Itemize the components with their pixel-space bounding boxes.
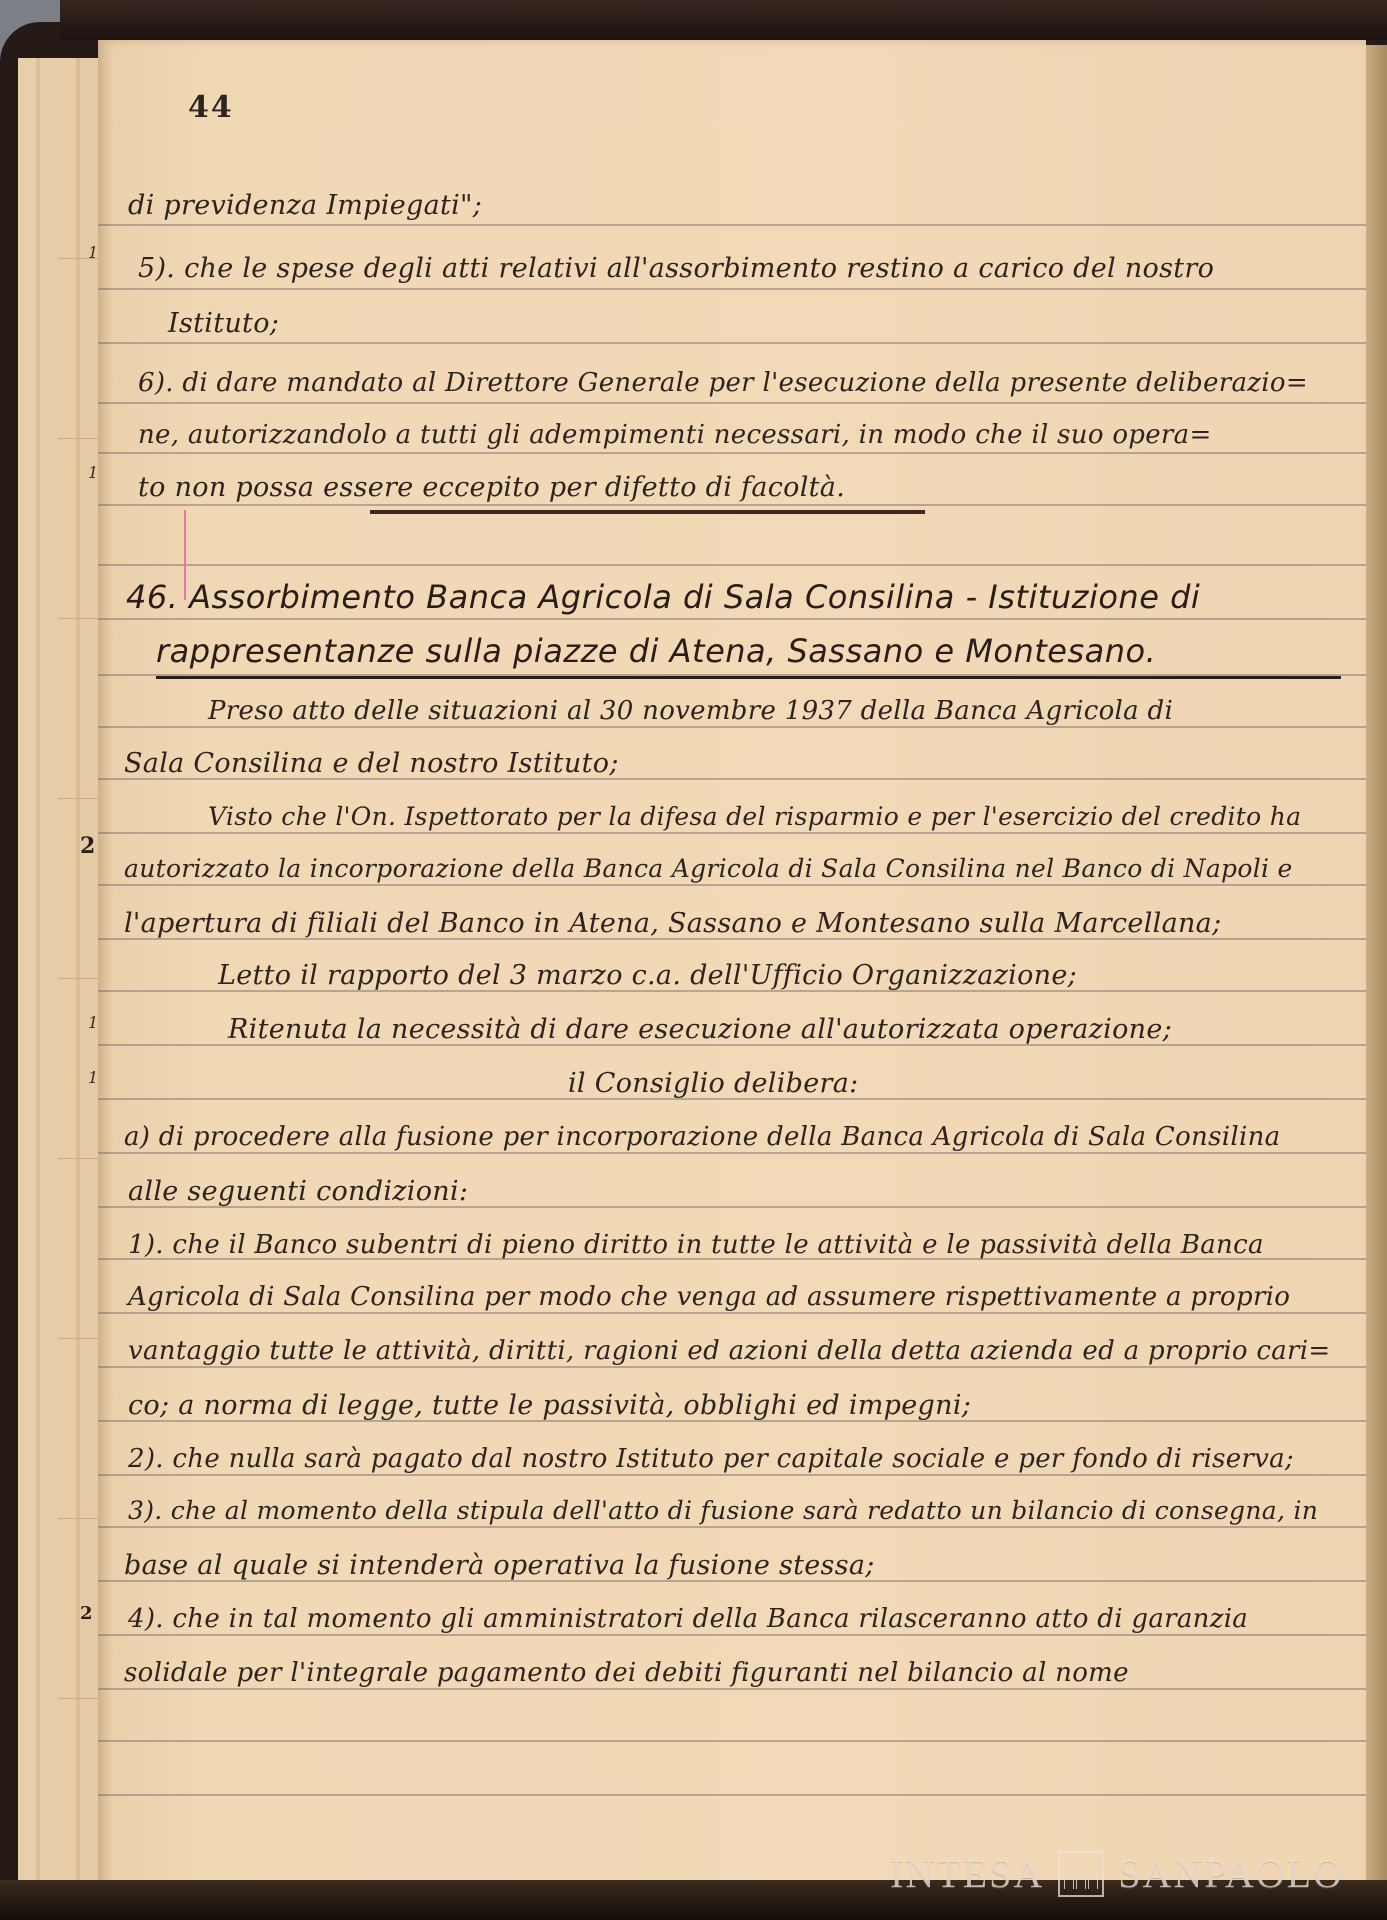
- text-line: Istituto;: [168, 308, 279, 339]
- text-line: il Consiglio delibera:: [568, 1068, 859, 1099]
- watermark: INTESA SANPAOLO: [890, 1850, 1344, 1897]
- ruled-line: [98, 1366, 1366, 1368]
- ruled-line: [98, 288, 1366, 290]
- ledger-cover-top: [60, 0, 1387, 40]
- stack-rule: [58, 1518, 98, 1519]
- ruled-line: [98, 452, 1366, 454]
- separator-rule: [370, 510, 925, 514]
- ruled-line: [98, 1312, 1366, 1314]
- ledger-page: 44 di previdenza Impiegati"; 5). che le …: [98, 40, 1366, 1900]
- section-heading: 46. Assorbimento Banca Agricola di Sala …: [126, 578, 1200, 616]
- ruled-line: [98, 224, 1366, 226]
- margin-mark: 1: [88, 243, 98, 262]
- ruled-line: [98, 564, 1366, 566]
- margin-mark: 1: [88, 1013, 98, 1032]
- ruled-line: [98, 342, 1366, 344]
- ruled-line: [98, 884, 1366, 886]
- text-line: Ritenuta la necessità di dare esecuzione…: [228, 1014, 1172, 1045]
- stack-rule: [58, 1338, 98, 1339]
- text-line: solidale per l'integrale pagamento dei d…: [124, 1658, 1129, 1688]
- margin-mark: 2: [80, 833, 95, 859]
- watermark-left: INTESA: [890, 1850, 1044, 1897]
- ruled-line: [98, 726, 1366, 728]
- text-line: vantaggio tutte le attività, diritti, ra…: [128, 1336, 1330, 1366]
- section-title-line2: rappresentanze sulla piazze di Atena, Sa…: [156, 632, 1156, 670]
- page-stack-left: 1 1 2 1 1 2: [18, 58, 98, 1900]
- ruled-line: [98, 1152, 1366, 1154]
- margin-mark: 1: [88, 463, 98, 482]
- text-line: Sala Consilina e del nostro Istituto;: [124, 748, 619, 779]
- text-line: co; a norma di legge, tutte le passività…: [128, 1390, 971, 1421]
- text-line: 5). che le spese degli atti relativi all…: [138, 253, 1214, 284]
- ruled-line: [98, 1794, 1366, 1796]
- text-line: 3). che al momento della stipula dell'at…: [128, 1496, 1318, 1525]
- page-number: 44: [188, 90, 234, 125]
- ruled-line: [98, 1688, 1366, 1690]
- text-line: 4). che in tal momento gli amministrator…: [128, 1604, 1248, 1634]
- ruled-line: [98, 1526, 1366, 1528]
- margin-mark: 2: [80, 1603, 93, 1624]
- bank-logo-icon: [1058, 1851, 1104, 1897]
- stack-rule: [58, 978, 98, 979]
- text-line: a) di procedere alla fusione per incorpo…: [124, 1122, 1280, 1152]
- text-line: Letto il rapporto del 3 marzo c.a. dell'…: [218, 960, 1077, 991]
- text-line: base al quale si intenderà operativa la …: [124, 1550, 875, 1581]
- text-line: 6). di dare mandato al Direttore General…: [138, 368, 1308, 398]
- ruled-line: [98, 618, 1366, 620]
- stack-rule: [58, 798, 98, 799]
- text-line: l'apertura di filiali del Banco in Atena…: [124, 908, 1221, 939]
- ruled-line: [98, 1740, 1366, 1742]
- section-number: 46.: [126, 578, 178, 616]
- text-line: Visto che l'On. Ispettorato per la difes…: [208, 802, 1301, 831]
- text-line: Agricola di Sala Consilina per modo che …: [128, 1282, 1290, 1312]
- margin-mark: 1: [88, 1068, 98, 1087]
- stack-rule: [58, 438, 98, 439]
- watermark-right: SANPAOLO: [1118, 1850, 1344, 1897]
- text-line: ne, autorizzandolo a tutti gli adempimen…: [138, 420, 1212, 450]
- text-line: alle seguenti condizioni:: [128, 1176, 468, 1207]
- stack-rule: [58, 1698, 98, 1699]
- text-line: 2). che nulla sarà pagato dal nostro Ist…: [128, 1444, 1294, 1474]
- text-line: di previdenza Impiegati";: [128, 190, 482, 221]
- text-line: to non possa essere eccepito per difetto…: [138, 472, 845, 503]
- section-title-line1: Assorbimento Banca Agricola di Sala Cons…: [189, 578, 1200, 616]
- title-underline: [156, 676, 1341, 679]
- ruled-line: [98, 1474, 1366, 1476]
- ruled-line: [98, 832, 1366, 834]
- text-line: 1). che il Banco subentri di pieno dirit…: [128, 1230, 1264, 1260]
- stack-rule: [58, 1158, 98, 1159]
- stack-rule: [58, 618, 98, 619]
- text-line: Preso atto delle situazioni al 30 novemb…: [208, 696, 1173, 726]
- ruled-line: [98, 402, 1366, 404]
- text-line: autorizzato la incorporazione della Banc…: [124, 854, 1293, 883]
- ruled-line: [98, 1634, 1366, 1636]
- page-edge-right: [1366, 45, 1387, 1895]
- ruled-line: [98, 504, 1366, 506]
